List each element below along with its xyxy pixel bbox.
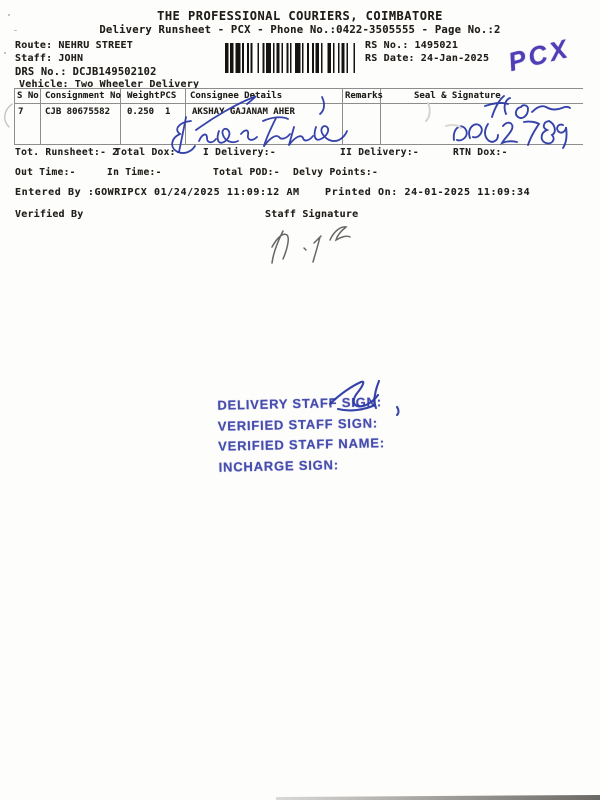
out-time-field: Out Time:- [15,167,76,178]
rs-date-value: 24-Jan-2025 [421,53,489,64]
rs-no-label: RS No.: [365,40,409,51]
verification-stamp: DELIVERY STAFF SIGN: VERIFIED STAFF SIGN… [217,392,385,477]
rs-date-label: RS Date: [365,53,415,64]
staff-signature-label: Staff Signature [265,209,358,220]
header-consignment-no: Consignment No [45,91,121,101]
rs-date-field: RS Date:24-Jan-2025 [365,53,489,64]
cell-s-no: 7 [18,107,23,117]
i-delivery-field: I Delivery:- [203,147,276,158]
rs-no-value: 1495021 [415,40,459,51]
cell-weight: 0.250 [127,107,154,117]
barcode [225,43,355,73]
rtn-dox-field: RTN Dox:- [453,147,508,158]
header-remarks: Remarks [345,91,383,101]
route-field: Route:NEHRU STREET [15,40,133,51]
staff-field: Staff:JOHN [15,53,83,64]
scan-speck-1 [8,14,10,16]
drs-no-label: DRS No.: [15,66,67,78]
staff-label: Staff: [15,53,52,64]
header-pcs: PCS [160,91,176,101]
cell-consignment-no: CJB 80675582 [45,107,110,117]
header-consignee: Consignee Details [190,91,282,101]
total-pod-field: Total POD:- [213,167,280,178]
consignment-table: S No Consignment No Weight PCS Consignee… [14,88,583,145]
bottom-scan-strip [276,795,600,800]
drs-no-field: DRS No.:DCJB149502102 [15,66,157,78]
tot-runsheet-field: Tot. Runsheet:- 2 [15,147,118,158]
entered-by-field: Entered By :GOWRIPCX 01/24/2025 11:09:12… [15,187,300,198]
stamp-line-verified-staff-name: VERIFIED STAFF NAME: [218,433,385,457]
pcx-ink-stamp: PCX [505,33,573,78]
page-subtitle: Delivery Runsheet - PCX - Phone No.:0422… [0,24,600,36]
delivery-runsheet-page: THE PROFESSIONAL COURIERS, COIMBATORE De… [0,0,600,800]
header-weight: Weight [127,91,160,101]
staff-value: JOHN [58,53,83,64]
header-seal-signature: Seal & Signature [414,91,501,101]
ii-delivery-field: II Delivery:- [340,147,419,158]
drs-no-value: DCJB149502102 [73,66,157,78]
rs-no-field: RS No.:1495021 [365,40,458,51]
cell-consignee: AKSHAY GAJANAM AHER [192,107,295,117]
stamp-line-delivery-staff-sign: DELIVERY STAFF SIGN: [217,392,384,416]
delvy-points-field: Delvy Points:- [293,167,378,178]
route-value: NEHRU STREET [58,40,133,51]
header-s-no: S No [17,91,39,101]
cell-pcs: 1 [165,107,170,117]
scan-speck-2 [14,30,17,31]
staff-initials-pencil [272,227,350,263]
page-title: THE PROFESSIONAL COURIERS, COIMBATORE [0,9,600,23]
verified-by-label: Verified By [15,209,83,220]
stamp-line-incharge-sign: INCHARGE SIGN: [218,454,385,478]
scan-speck-3 [4,52,6,54]
in-time-field: In Time:- [107,167,162,178]
route-label: Route: [15,40,52,51]
total-dox-field: Total Dox:- [115,147,182,158]
printed-on-field: Printed On: 24-01-2025 11:09:34 [325,187,530,198]
